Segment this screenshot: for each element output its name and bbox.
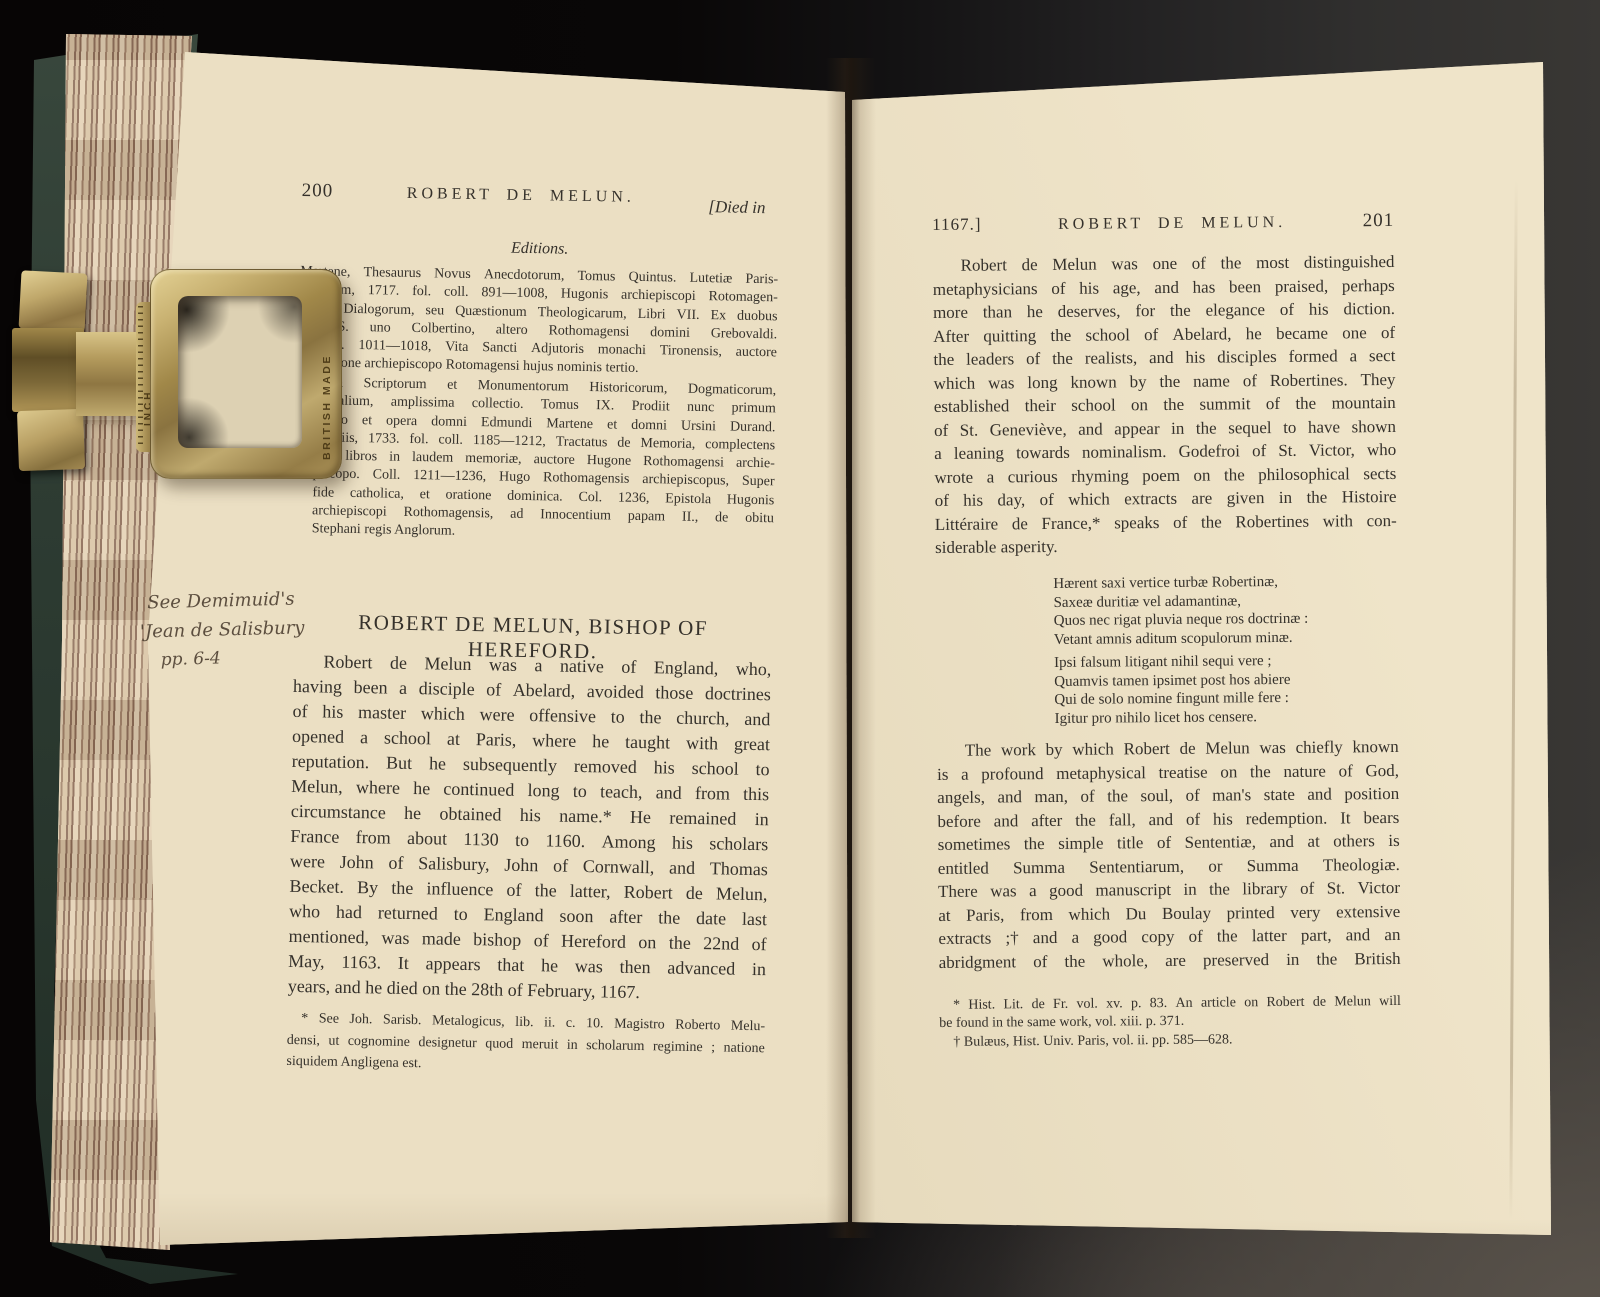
handwritten-margin-note: See Demimuid's 'Jean de Salisbury pp. 6-…: [139, 583, 341, 675]
text-line: angels,andman,ofthesoul,ofman'sstateandp…: [937, 782, 1399, 810]
editions-heading: Editions.: [301, 236, 779, 262]
right-corner-note: 1167.]: [932, 215, 981, 235]
right-paragraph-1: RobertdeMelunwasoneofthemostdistinguishe…: [933, 250, 1398, 560]
text-line: wroteacuriousrhymingpoemonthephilosophic…: [934, 461, 1396, 489]
right-page-number: 201: [1363, 210, 1395, 232]
text-line: TheworkbywhichRobertdeMelunwaschieflykno…: [937, 735, 1399, 763]
left-main-paragraph: RobertdeMelunwasanativeofEngland,who,hav…: [288, 649, 772, 1007]
left-footnote: *SeeJoh.Sarisb.Metalogicus,lib.ii.c.10.M…: [286, 1008, 765, 1081]
clasp-british-made-label: BRITISH MADE: [321, 288, 333, 460]
text-line: † Bulæus, Hist. Univ. Paris, vol. ii. pp…: [939, 1030, 1401, 1052]
text-line: TherewasagoodmanuscriptinthelibraryofSt.…: [938, 876, 1400, 904]
right-footnote-2: † Bulæus, Hist. Univ. Paris, vol. ii. pp…: [939, 1030, 1401, 1052]
text-line: be found in the same work, vol. xiii. p.…: [939, 1010, 1401, 1032]
clasp-frame-opening: [178, 296, 302, 448]
right-page-header: 1167.] ROBERT DE MELUN. 201: [932, 210, 1394, 236]
text-line: abridgmentofthewhole,arepreservedintheBr…: [939, 946, 1401, 974]
left-page-number: 200: [301, 180, 333, 203]
right-running-title: ROBERT DE MELUN.: [1058, 214, 1286, 234]
text-line: whichwaslongknownbythenameofRobertines.T…: [934, 367, 1396, 395]
left-page-text: 200 ROBERT DE MELUN. [Died in Editions. …: [286, 172, 780, 1100]
right-footnote-1: *Hist.Lit.deFr.vol.xv.p.83.AnarticleonRo…: [939, 993, 1401, 1032]
left-page-header: 200 ROBERT DE MELUN. [Died in: [301, 180, 779, 210]
clasp-hinge-top-block: [19, 270, 88, 331]
left-corner-note: [Died in: [708, 197, 779, 218]
text-line: LittérairedeFrance,*speaksoftheRobertine…: [935, 508, 1397, 536]
text-line: siderable asperity.: [935, 532, 1397, 560]
page-gutter-shadow: [826, 58, 876, 1238]
right-paragraph-2: TheworkbywhichRobertdeMelunwaschieflykno…: [937, 735, 1401, 974]
verse-stanza-1: Hærent saxi vertice turbæ Robertinæ,Saxe…: [935, 572, 1398, 650]
editions-entry-2: erumScriptorumetMonumentorumHistoricorum…: [296, 374, 777, 547]
text-line: Vetant amnis aditum scopulorum minæ.: [1054, 627, 1398, 649]
left-running-title: ROBERT DE MELUN.: [407, 185, 635, 207]
handwriting-line: pp. 6-4: [140, 641, 341, 675]
editions-entry-1: Martene,ThesaurusNovusAnecdotorum,TomusQ…: [298, 263, 778, 381]
clasp-hinge-bottom-block: [17, 409, 85, 471]
clasp-hinge-bar: [12, 328, 84, 412]
text-line: Igitur pro nihilo licet hos censere.: [1054, 706, 1398, 728]
verse-stanza-2: Ipsi falsum litigant nihil sequi vere ;Q…: [936, 651, 1399, 729]
right-page-text: 1167.] ROBERT DE MELUN. 201 RobertdeMelu…: [932, 192, 1402, 1096]
book-photo-scene: 200 ROBERT DE MELUN. [Died in Editions. …: [0, 0, 1600, 1297]
clasp-square-frame: BRITISH MADE: [150, 269, 342, 479]
brass-page-clasp: INCH BRITISH MADE: [2, 262, 347, 484]
